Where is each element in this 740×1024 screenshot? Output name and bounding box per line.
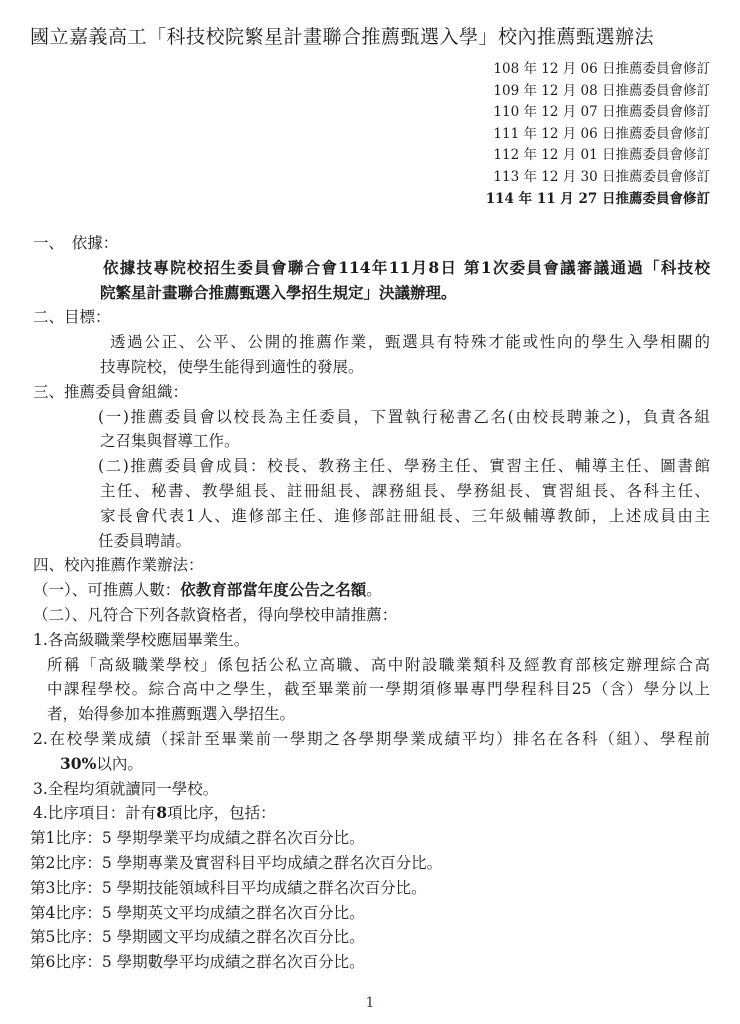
text-run: 3.全程均須就讀同一學校。 [33, 780, 218, 798]
document-line: 透過公正、公平、公開的推薦作業，甄選具有特殊才能或性向的學生入學相關的 [110, 330, 710, 355]
text-run: (一)推薦委員會以校長為主任委員，下置執行秘書乙名(由校長聘兼之)，負責各組 [98, 408, 710, 426]
bold-text-run: 院繁星計畫聯合推薦甄選入學招生規定」決議辦理。 [100, 283, 457, 302]
bold-text-run: 依據技專院校招生委員會聯合會114年11月8日 第1次委員會議審議通過「科技校 [103, 258, 710, 277]
document-line: 二、目標： [33, 305, 710, 330]
document-line: 第6比序：5 學期數學平均成績之群名次百分比。 [30, 950, 710, 975]
text-run: 主任、秘書、教學組長、註冊組長、課務組長、學務組長、實習組長、各科主任、 [100, 482, 710, 500]
bold-text-run: 8 [156, 803, 167, 822]
revision-line: 109 年 12 月 08 日推薦委員會修訂 [486, 81, 710, 103]
text-run: (二)推薦委員會成員：校長、教務主任、學務主任、實習主任、輔導主任、圖書館 [98, 457, 710, 475]
document-line: 30%以內。 [60, 752, 710, 777]
document-line: 第3比序：5 學期技能領域科目平均成績之群名次百分比。 [30, 876, 710, 901]
text-run: 透過公正、公平、公開的推薦作業，甄選具有特殊才能或性向的學生入學相關的 [110, 333, 710, 351]
text-run: （一）、可推薦人數： [33, 581, 180, 599]
bold-text-run: 依教育部當年度公告之名額 [180, 580, 366, 599]
text-run: 第1比序：5 學期學業平均成績之群名次百分比。 [30, 829, 365, 847]
text-run: 第5比序：5 學期國文平均成績之群名次百分比。 [30, 928, 365, 946]
revision-line: 112 年 12 月 01 日推薦委員會修訂 [486, 145, 710, 167]
page-number: 1 [366, 995, 375, 1011]
text-run: 1.各高級職業學校應屆畢業生。 [33, 631, 249, 649]
text-run: 二、目標： [33, 308, 111, 326]
document-line: （一）、可推薦人數：依教育部當年度公告之名額。 [33, 578, 710, 603]
revision-line: 108 年 12 月 06 日推薦委員會修訂 [486, 59, 710, 81]
text-run: 四、校內推薦作業辦法： [33, 556, 204, 574]
text-run: 之召集與督導工作。 [100, 432, 240, 450]
document-line: (一)推薦委員會以校長為主任委員，下置執行秘書乙名(由校長聘兼之)，負責各組 [98, 405, 710, 430]
text-run: 三、推薦委員會組織： [33, 383, 188, 401]
text-run: 。 [366, 581, 382, 599]
text-run: 家長會代表1人、進修部主任、進修部註冊組長、三年級輔導教師，上述成員由主 [100, 507, 710, 525]
text-run: 4.比序項目：計有 [33, 804, 156, 822]
document-line: （二）、凡符合下列各款資格者，得向學校申請推薦： [33, 603, 710, 628]
document-line: (二)推薦委員會成員：校長、教務主任、學務主任、實習主任、輔導主任、圖書館 [98, 454, 710, 479]
document-line: 三、推薦委員會組織： [33, 380, 710, 405]
document-line: 2.在校學業成績（採計至畢業前一學期之各學期學業成績平均）排名在各科（組）、學程… [33, 727, 710, 752]
document-line: 4.比序項目：計有8項比序，包括： [33, 801, 710, 826]
document-line: 第4比序：5 學期英文平均成績之群名次百分比。 [30, 901, 710, 926]
document-title: 國立嘉義高工「科技校院繁星計畫聯合推薦甄選入學」校內推薦甄選辦法 [30, 22, 654, 49]
document-line: 家長會代表1人、進修部主任、進修部註冊組長、三年級輔導教師，上述成員由主 [100, 504, 710, 529]
document-line: 1.各高級職業學校應屆畢業生。 [33, 628, 710, 653]
document-line: 任委員聘請。 [98, 529, 710, 554]
document-body: 一、 依據：依據技專院校招生委員會聯合會114年11月8日 第1次委員會議審議通… [0, 231, 710, 975]
revision-line: 111 年 12 月 06 日推薦委員會修訂 [486, 124, 710, 146]
revision-history: 108 年 12 月 06 日推薦委員會修訂109 年 12 月 08 日推薦委… [486, 59, 710, 210]
revision-line: 110 年 12 月 07 日推薦委員會修訂 [486, 102, 710, 124]
text-run: 技專院校，使學生能得到適性的發展。 [100, 358, 364, 376]
document-line: 技專院校，使學生能得到適性的發展。 [100, 355, 710, 380]
document-line: 院繁星計畫聯合推薦甄選入學招生規定」決議辦理。 [100, 281, 710, 306]
text-run: 者，始得參加本推薦甄選入學招生。 [47, 705, 295, 723]
text-run: （二）、凡符合下列各款資格者，得向學校申請推薦： [33, 606, 397, 624]
page-footer: 1 [0, 992, 740, 1011]
document-line: 第2比序：5 學期專業及實習科目平均成績之群名次百分比。 [30, 851, 710, 876]
document-page: 國立嘉義高工「科技校院繁星計畫聯合推薦甄選入學」校內推薦甄選辦法 108 年 1… [0, 0, 740, 1024]
text-run: 以內。 [96, 755, 143, 773]
bold-text-run: 30% [60, 754, 96, 773]
document-line: 一、 依據： [33, 231, 710, 256]
document-line: 第1比序：5 學期學業平均成績之群名次百分比。 [30, 826, 710, 851]
document-line: 者，始得參加本推薦甄選入學招生。 [47, 702, 710, 727]
text-run: 2.在校學業成績（採計至畢業前一學期之各學期學業成績平均）排名在各科（組）、學程… [33, 730, 710, 748]
document-line: 所稱「高級職業學校」係包括公私立高職、高中附設職業類科及經教育部核定辦理綜合高 [47, 653, 710, 678]
document-line: 中課程學校。綜合高中之學生，截至畢業前一學期須修畢專門學程科目25（含）學分以上 [47, 677, 710, 702]
document-line: 主任、秘書、教學組長、註冊組長、課務組長、學務組長、實習組長、各科主任、 [100, 479, 710, 504]
document-line: 依據技專院校招生委員會聯合會114年11月8日 第1次委員會議審議通過「科技校 [103, 256, 710, 281]
text-run: 第3比序：5 學期技能領域科目平均成績之群名次百分比。 [30, 879, 427, 897]
document-line: 之召集與督導工作。 [100, 429, 710, 454]
text-run: 所稱「高級職業學校」係包括公私立高職、高中附設職業類科及經教育部核定辦理綜合高 [47, 656, 710, 674]
text-run: 任委員聘請。 [98, 532, 191, 550]
document-line: 3.全程均須就讀同一學校。 [33, 777, 710, 802]
text-run: 一、 依據： [33, 234, 118, 252]
revision-line: 114 年 11 月 27 日推薦委員會修訂 [486, 189, 710, 211]
text-run: 第2比序：5 學期專業及實習科目平均成績之群名次百分比。 [30, 854, 442, 872]
text-run: 第6比序：5 學期數學平均成績之群名次百分比。 [30, 953, 365, 971]
text-run: 第4比序：5 學期英文平均成績之群名次百分比。 [30, 904, 365, 922]
document-line: 四、校內推薦作業辦法： [33, 553, 710, 578]
revision-line: 113 年 12 月 30 日推薦委員會修訂 [486, 167, 710, 189]
text-run: 項比序，包括： [167, 804, 276, 822]
text-run: 中課程學校。綜合高中之學生，截至畢業前一學期須修畢專門學程科目25（含）學分以上 [47, 680, 710, 698]
document-line: 第5比序：5 學期國文平均成績之群名次百分比。 [30, 925, 710, 950]
